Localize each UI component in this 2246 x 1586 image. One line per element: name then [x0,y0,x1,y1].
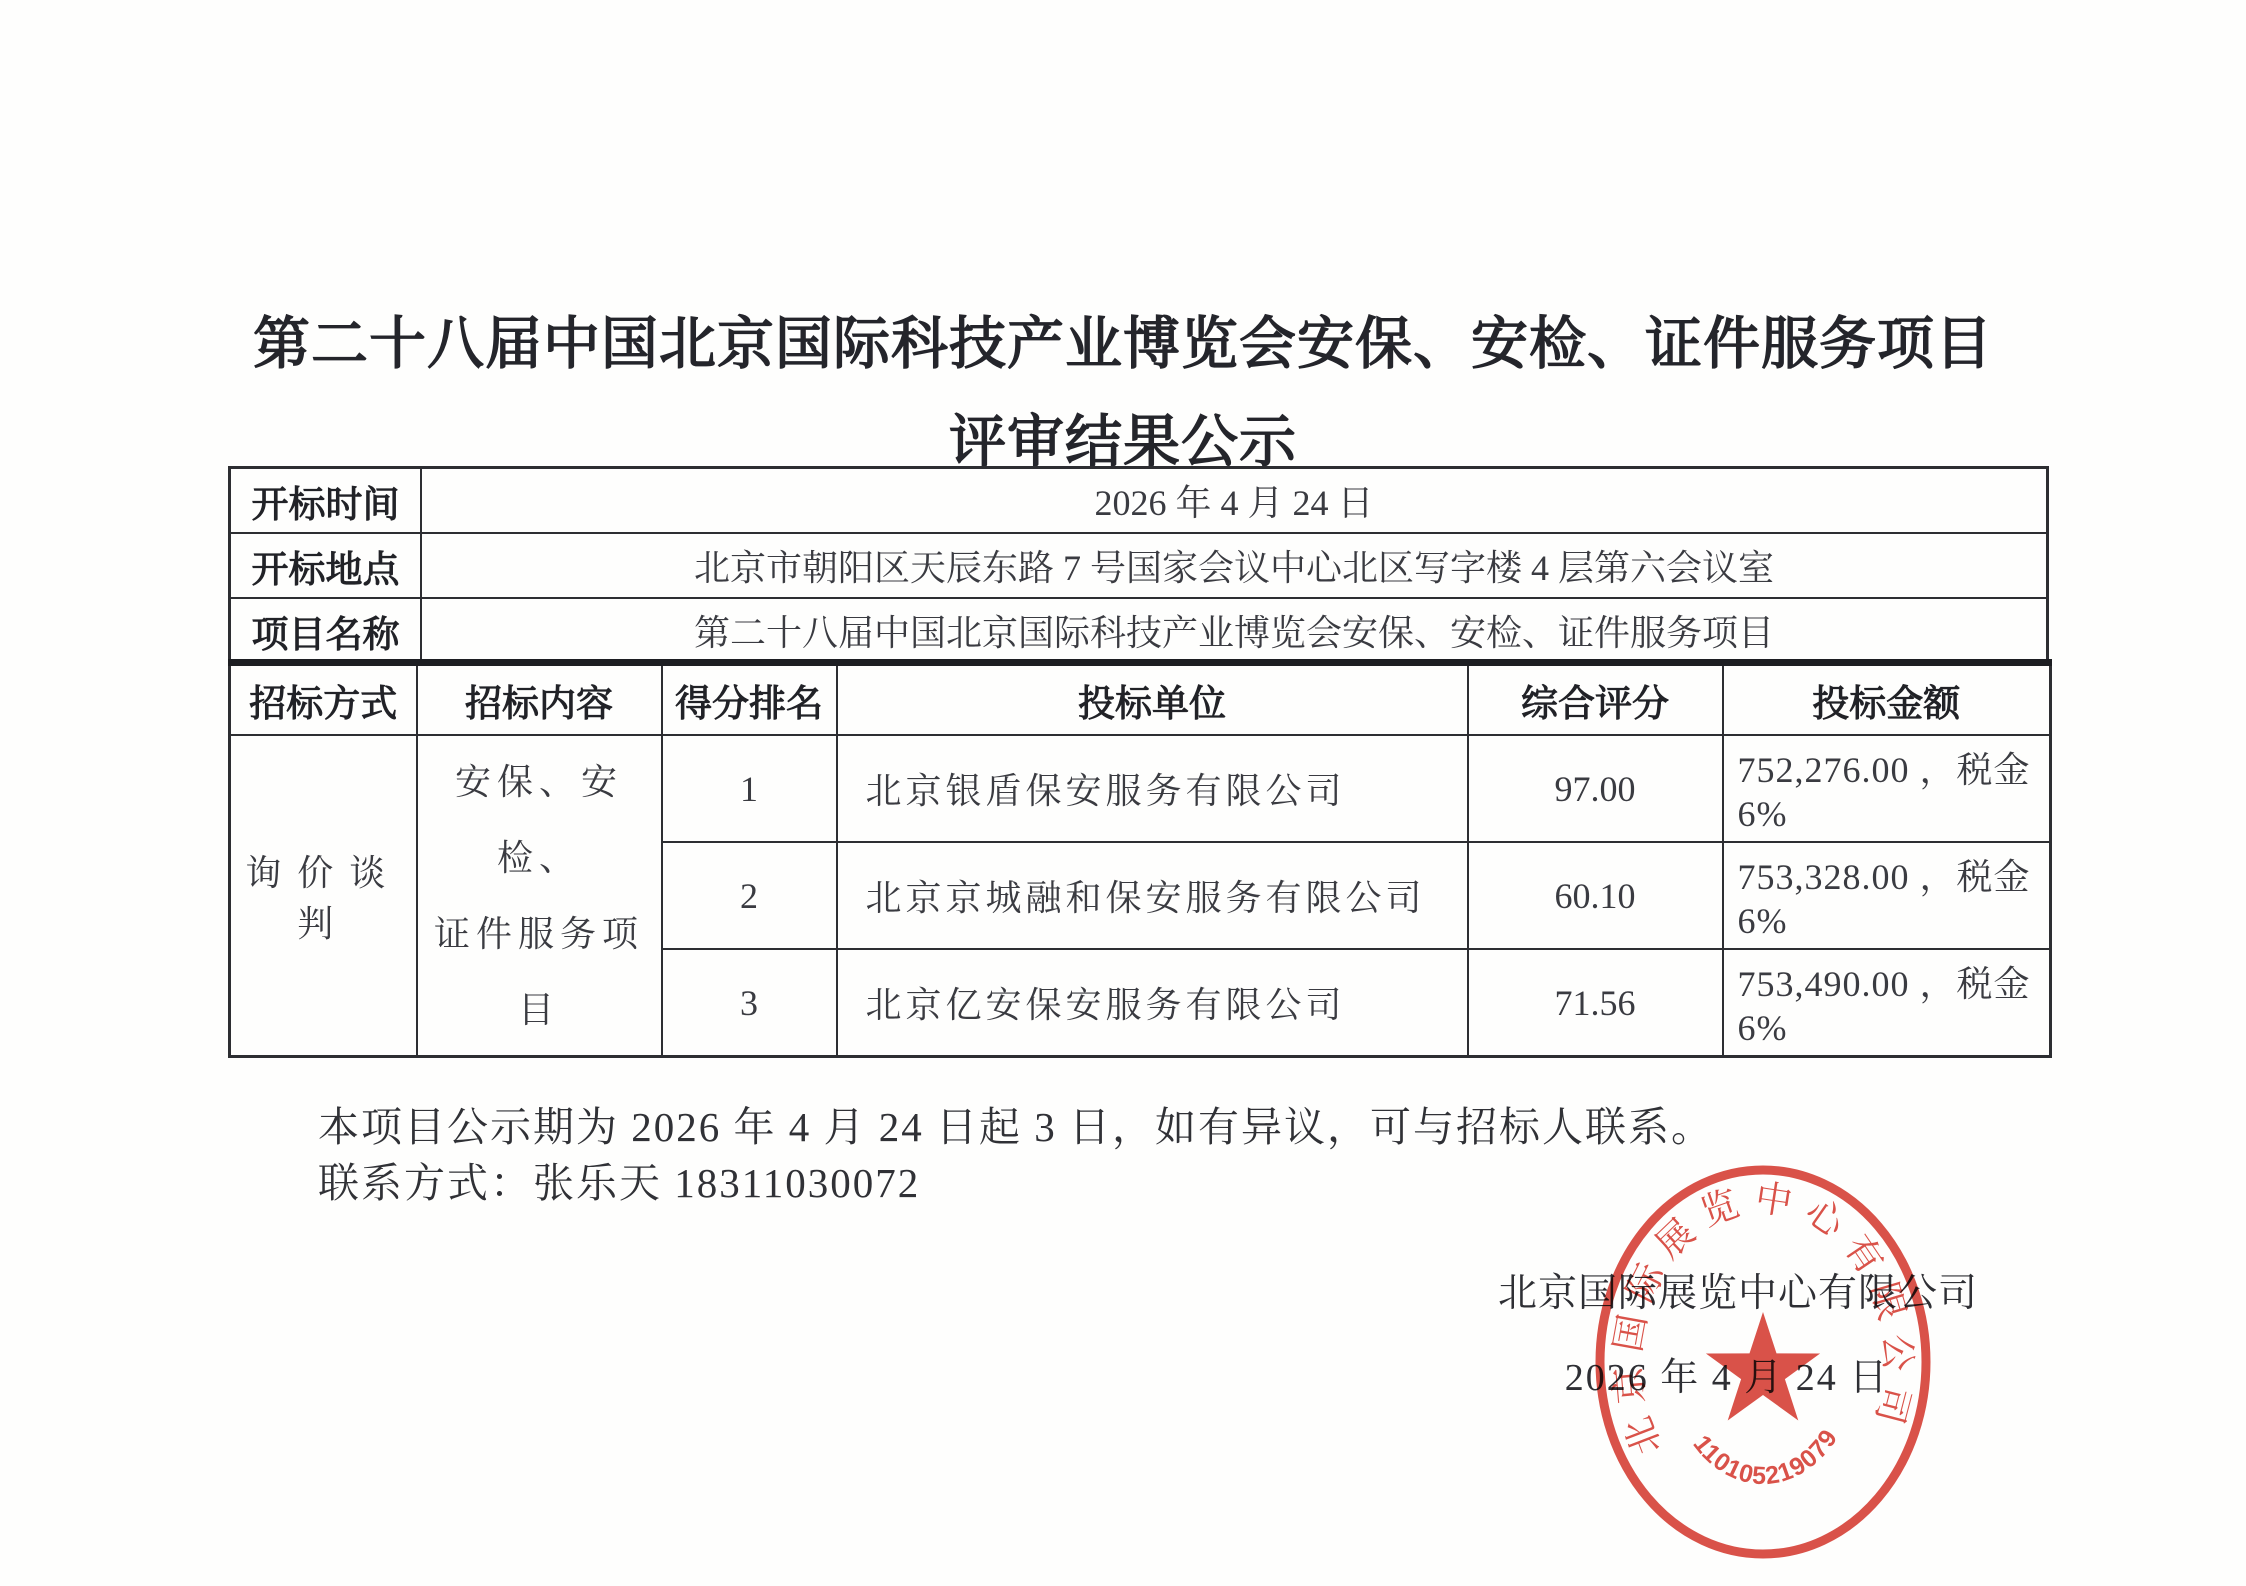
cell-score-2: 60.10 [1468,842,1723,949]
result-row-1: 询价谈判 安保、安检、 证件服务项目 1 北京银盾保安服务有限公司 97.00 … [230,735,2051,842]
cell-rank-2: 2 [662,842,837,949]
header-score: 综合评分 [1468,663,1723,736]
cell-amount-1: 752,276.00 ，税金 6% [1723,735,2051,842]
cell-rank-1: 1 [662,735,837,842]
cell-score-3: 71.56 [1468,949,1723,1057]
header-bid-method: 招标方式 [230,663,417,736]
header-bid-content: 招标内容 [417,663,662,736]
info-value-open-time: 2026 年 4 月 24 日 [421,468,2048,534]
info-label-project-name: 项目名称 [230,598,422,664]
cell-score-1: 97.00 [1468,735,1723,842]
info-row-project-name: 项目名称 第二十八届中国北京国际科技产业博览会安保、安检、证件服务项目 [230,598,2048,664]
stamp-star-icon [1706,1312,1820,1421]
header-amount: 投标金额 [1723,663,2051,736]
result-header-row: 招标方式 招标内容 得分排名 投标单位 综合评分 投标金额 [230,663,2051,736]
info-row-open-place: 开标地点 北京市朝阳区天辰东路 7 号国家会议中心北区写字楼 4 层第六会议室 [230,533,2048,598]
publicity-notice: 本项目公示期为 2026 年 4 月 24 日起 3 日，如有异议，可与招标人联… [318,1094,1714,1153]
header-bidder: 投标单位 [837,663,1468,736]
bid-content-line1: 安保、安检、 [419,744,660,896]
info-value-open-place: 北京市朝阳区天辰东路 7 号国家会议中心北区写字楼 4 层第六会议室 [421,533,2048,598]
info-row-open-time: 开标时间 2026 年 4 月 24 日 [230,468,2048,534]
contact-info: 联系方式：张乐天 18311030072 [318,1150,920,1209]
document-title-line1: 第二十八届中国北京国际科技产业博览会安保、安检、证件服务项目 [0,298,2246,380]
cell-bidder-3: 北京亿安保安服务有限公司 [837,949,1468,1057]
info-label-open-time: 开标时间 [230,468,422,534]
document-page: 第二十八届中国北京国际科技产业博览会安保、安检、证件服务项目 评审结果公示 开标… [0,0,2246,1586]
info-table: 开标时间 2026 年 4 月 24 日 开标地点 北京市朝阳区天辰东路 7 号… [228,466,2049,665]
info-label-open-place: 开标地点 [230,533,422,598]
company-seal-stamp: 北京国际展览中心有限公司 1101052190790 [1568,1148,1958,1586]
cell-amount-3: 753,490.00 ，税金 6% [1723,949,2051,1057]
bid-content-line2: 证件服务项目 [419,896,660,1048]
result-table: 招标方式 招标内容 得分排名 投标单位 综合评分 投标金额 询价谈判 安保、安检… [228,659,2052,1058]
cell-bidder-2: 北京京城融和保安服务有限公司 [837,842,1468,949]
cell-bid-content: 安保、安检、 证件服务项目 [417,735,662,1057]
cell-amount-2: 753,328.00 ，税金 6% [1723,842,2051,949]
info-value-project-name: 第二十八届中国北京国际科技产业博览会安保、安检、证件服务项目 [421,598,2048,664]
cell-bid-method: 询价谈判 [230,735,417,1057]
cell-bidder-1: 北京银盾保安服务有限公司 [837,735,1468,842]
header-rank: 得分排名 [662,663,837,736]
cell-rank-3: 3 [662,949,837,1057]
